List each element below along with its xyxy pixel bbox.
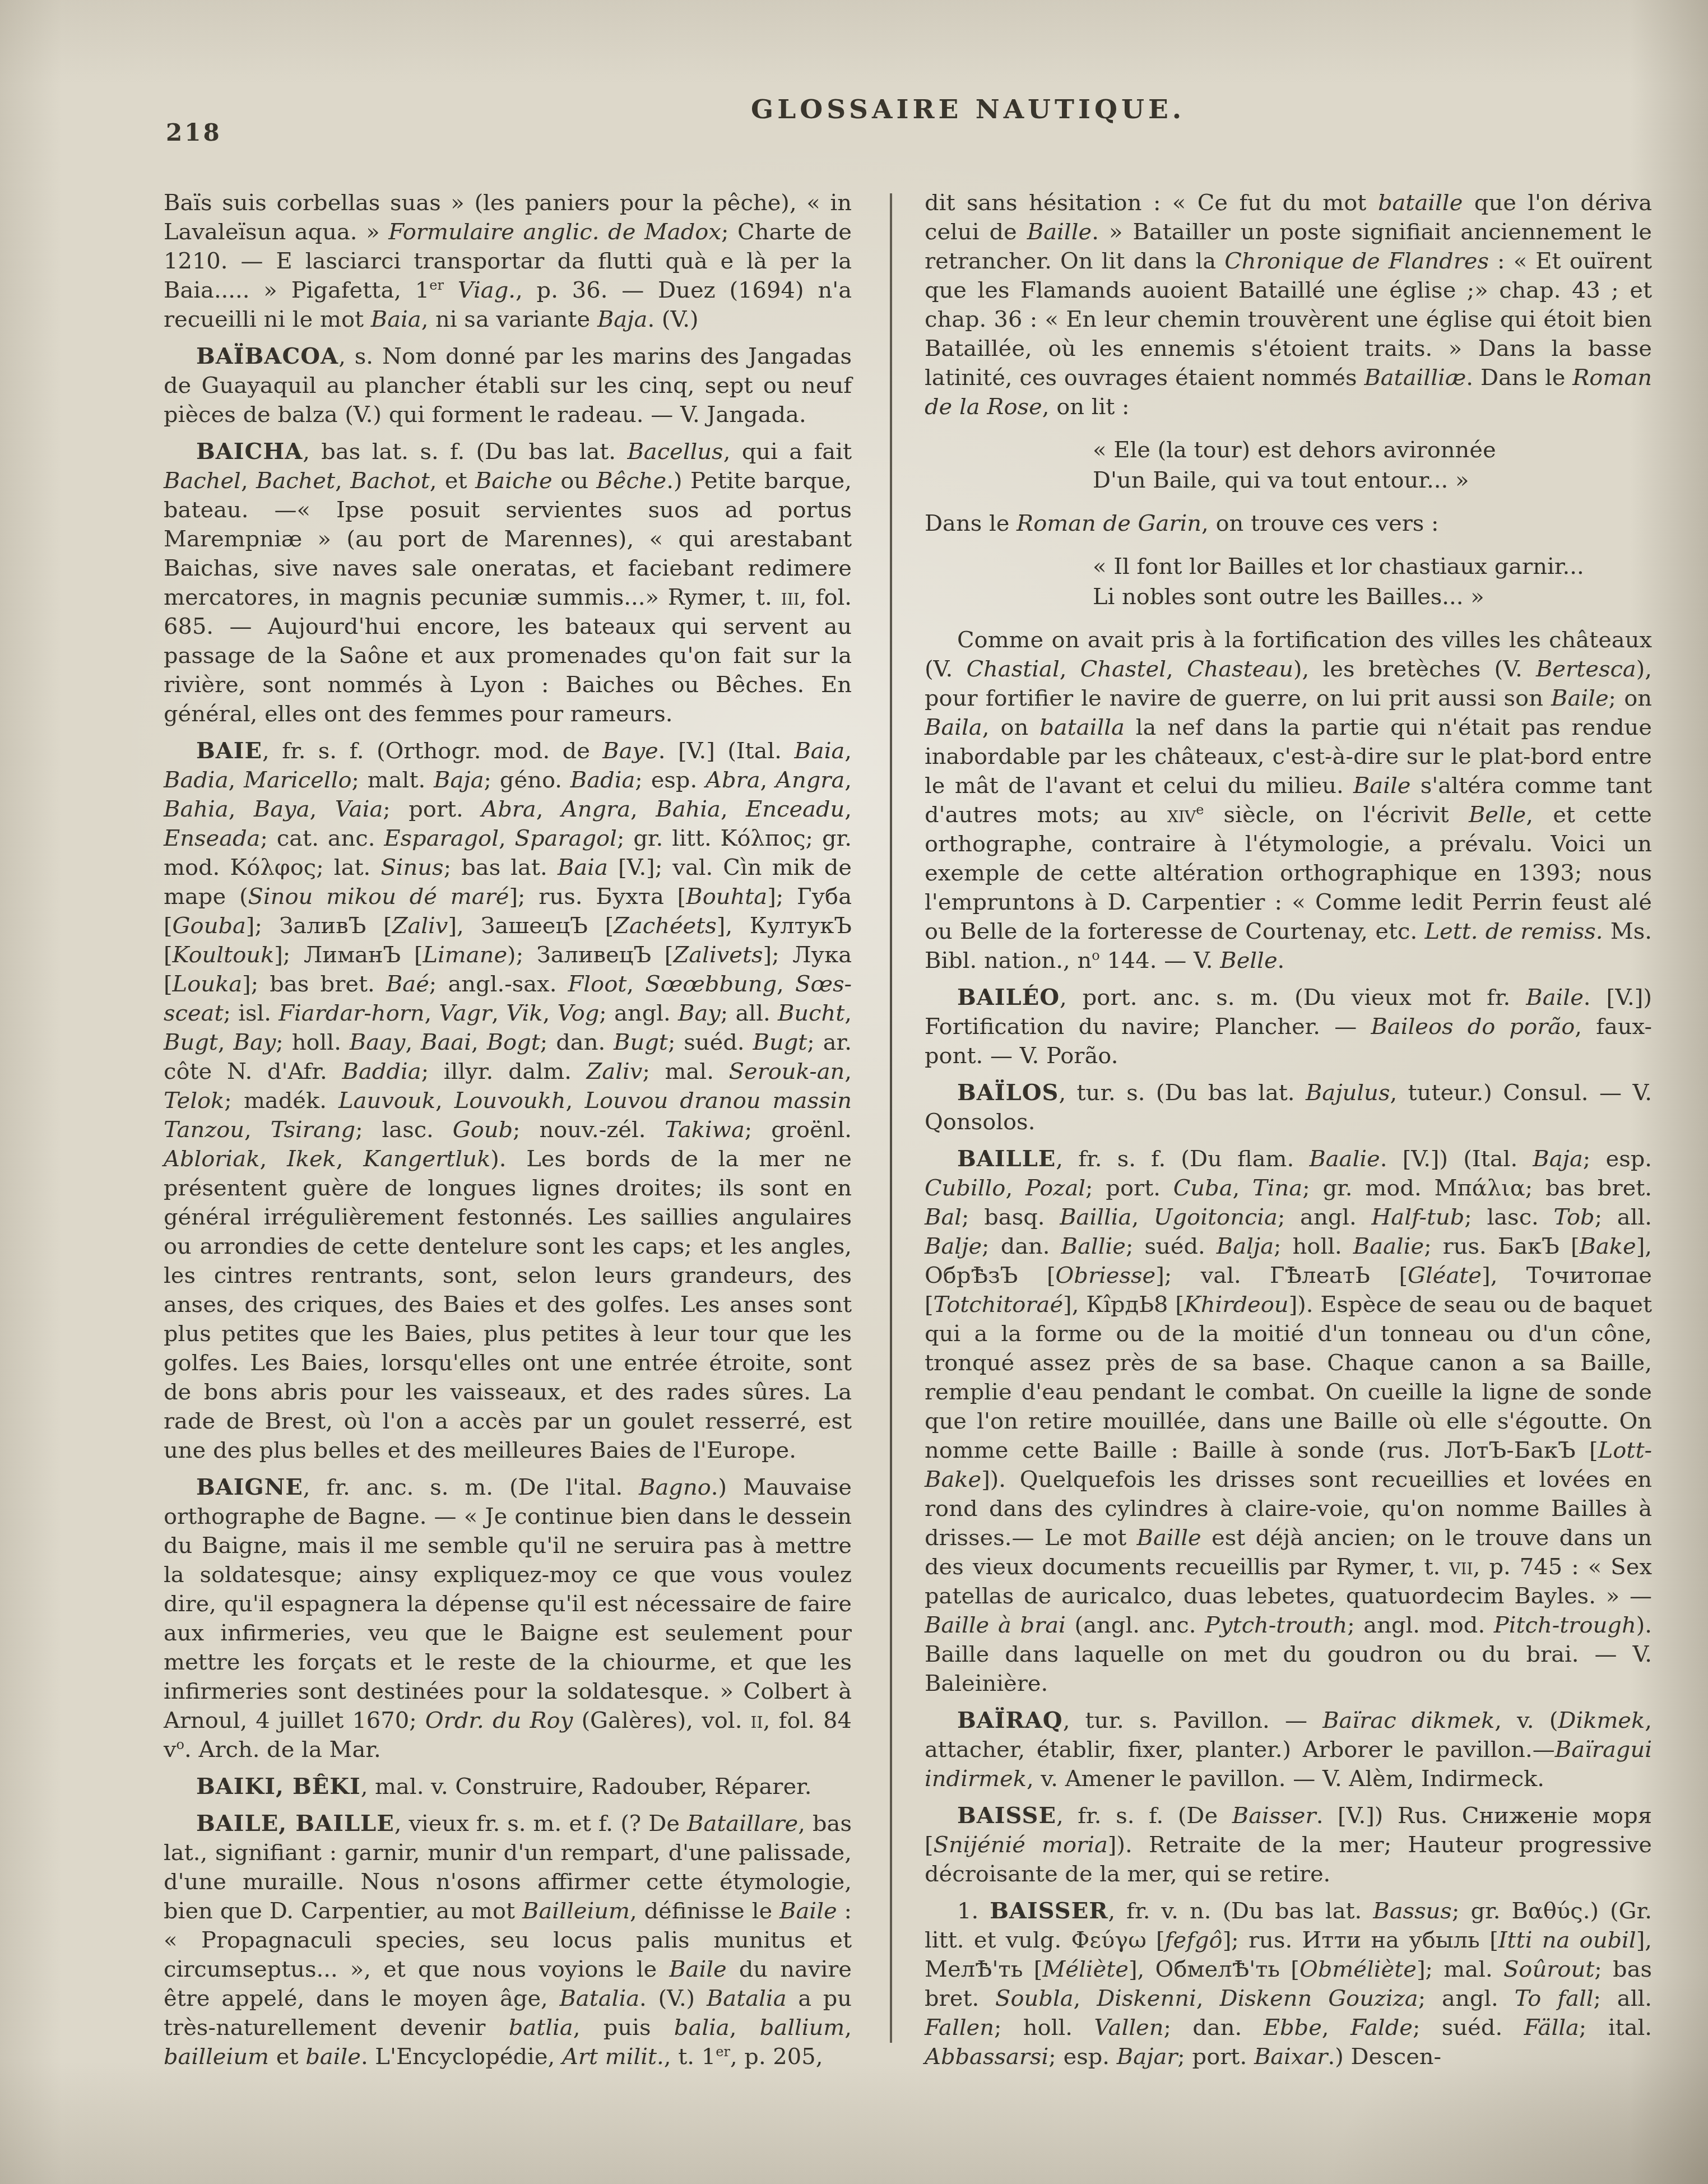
verse-roman-de-garin: « Il font lor Bailles et lor chastiaux g… xyxy=(1093,551,1652,612)
lead-roman-de-garin: Dans le Roman de Garin, on trouve ces ve… xyxy=(925,509,1652,538)
running-head-title: GLOSSAIRE NAUTIQUE. xyxy=(751,94,1244,125)
entry-baiki: BAIKI, BÊKI, mal. v. Construire, Radoube… xyxy=(164,1772,852,1801)
entry-bairaq: BAÏRAQ, tur. s. Pavillon. — Baïrac dikme… xyxy=(925,1706,1652,1793)
entry-baibacoa: BAÏBACOA, s. Nom donné par les marins de… xyxy=(164,342,852,429)
entry-baisse: BAISSE, fr. s. f. (De Baisser. [V.]) Rus… xyxy=(925,1801,1652,1889)
verse-line: Li nobles sont outre les Bailles... » xyxy=(1093,582,1652,612)
entry-baisser: 1. BAISSER, fr. v. n. (Du bas lat. Bassu… xyxy=(925,1896,1652,2071)
verse-line: « Il font lor Bailles et lor chastiaux g… xyxy=(1093,551,1652,582)
entry-baileo: BAILÉO, port. anc. s. m. (Du vieux mot f… xyxy=(925,983,1652,1070)
entry-baicha: BAICHA, bas lat. s. f. (Du bas lat. Bace… xyxy=(164,437,852,729)
text-column-left: Baïs suis corbellas suas » (les paniers … xyxy=(164,188,852,2071)
scanned-book-page: 218 GLOSSAIRE NAUTIQUE. Baïs suis corbel… xyxy=(0,0,1708,2184)
entry-baie: BAIE, fr. s. f. (Orthogr. mod. de Baye. … xyxy=(164,736,852,1465)
paragraph-fortification: Comme on avait pris à la fortification d… xyxy=(925,625,1652,975)
entry-bailos: BAÏLOS, tur. s. (Du bas lat. Bajulus, tu… xyxy=(925,1078,1652,1137)
text-column-right: dit sans hésitation : « Ce fut du mot ba… xyxy=(925,188,1652,2071)
page-number: 218 xyxy=(166,119,222,146)
verse-roman-de-la-rose: « Ele (la tour) est dehors avironnéeD'un… xyxy=(1093,435,1652,495)
continuation-baia: Baïs suis corbellas suas » (les paniers … xyxy=(164,188,852,334)
column-divider-rule xyxy=(890,193,892,2043)
continuation-baille-etymologie: dit sans hésitation : « Ce fut du mot ba… xyxy=(925,188,1652,421)
entry-baile-baille: BAILE, BAILLE, vieux fr. s. m. et f. (? … xyxy=(164,1809,852,2071)
verse-line: « Ele (la tour) est dehors avironnée xyxy=(1093,435,1652,465)
entry-baigne: BAIGNE, fr. anc. s. m. (De l'ital. Bagno… xyxy=(164,1473,852,1764)
verse-line: D'un Baile, qui va tout entour... » xyxy=(1093,465,1652,495)
entry-baille: BAILLE, fr. s. f. (Du flam. Baalie. [V.]… xyxy=(925,1144,1652,1698)
